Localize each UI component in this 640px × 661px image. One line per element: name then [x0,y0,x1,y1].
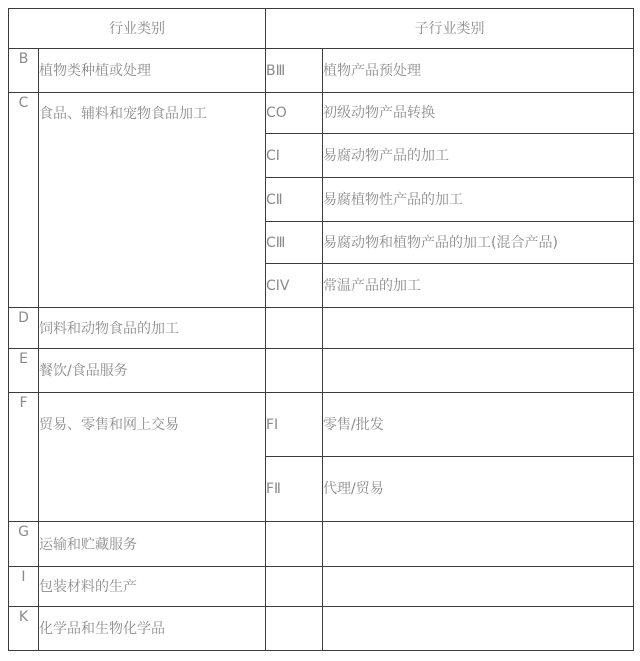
sub-code-cell [266,607,323,651]
sub-name-cell: 易腐动物产品的加工 [323,134,634,178]
page: 行业类别 子行业类别 B植物类种植或处理BⅢ植物产品预处理C食品、辅料和宠物食品… [0,0,640,661]
sub-name-cell: 易腐动物和植物产品的加工(混合产品) [323,222,634,264]
table-row: C食品、辅料和宠物食品加工CO初级动物产品转换 [9,93,634,134]
sub-name-cell [323,567,634,607]
header-industry-category: 行业类别 [9,9,266,49]
table-body: B植物类种植或处理BⅢ植物产品预处理C食品、辅料和宠物食品加工CO初级动物产品转… [9,49,634,651]
sub-code-cell: CO [266,93,323,134]
sub-name-cell: 植物产品预处理 [323,49,634,93]
header-row: 行业类别 子行业类别 [9,9,634,49]
sub-code-cell: FⅡ [266,457,323,522]
sub-code-cell: CI [266,134,323,178]
industry-name-cell: 运输和贮藏服务 [39,522,266,567]
industry-code-cell: I [9,567,39,607]
sub-code-cell [266,567,323,607]
sub-name-cell: 零售/批发 [323,393,634,457]
industry-code-cell: D [9,308,39,349]
industry-name-cell: 包装材料的生产 [39,567,266,607]
sub-code-cell [266,349,323,393]
sub-code-cell: CⅡ [266,178,323,222]
industry-code-cell: E [9,349,39,393]
sub-name-cell [323,349,634,393]
table-row: I包装材料的生产 [9,567,634,607]
sub-name-cell: 初级动物产品转换 [323,93,634,134]
table-row: K化学品和生物化学品 [9,607,634,651]
industry-code-cell: C [9,93,39,308]
table-row: F贸易、零售和网上交易FI零售/批发 [9,393,634,457]
industry-name-cell: 植物类种植或处理 [39,49,266,93]
sub-name-cell: 代理/贸易 [323,457,634,522]
industry-name-cell: 化学品和生物化学品 [39,607,266,651]
table-row: E餐饮/食品服务 [9,349,634,393]
header-sub-industry-category: 子行业类别 [266,9,634,49]
industry-code-cell: B [9,49,39,93]
table-row: B植物类种植或处理BⅢ植物产品预处理 [9,49,634,93]
sub-name-cell [323,607,634,651]
industry-name-cell: 贸易、零售和网上交易 [39,393,266,522]
industry-name-cell: 餐饮/食品服务 [39,349,266,393]
sub-name-cell [323,522,634,567]
industry-code-cell: F [9,393,39,522]
table-row: D饲料和动物食品的加工 [9,308,634,349]
industry-category-table: 行业类别 子行业类别 B植物类种植或处理BⅢ植物产品预处理C食品、辅料和宠物食品… [8,8,634,651]
sub-code-cell: CⅢ [266,222,323,264]
sub-name-cell: 常温产品的加工 [323,264,634,308]
table-row: G运输和贮藏服务 [9,522,634,567]
sub-code-cell [266,522,323,567]
sub-code-cell: FI [266,393,323,457]
sub-code-cell: BⅢ [266,49,323,93]
sub-name-cell [323,308,634,349]
sub-name-cell: 易腐植物性产品的加工 [323,178,634,222]
industry-name-cell: 饲料和动物食品的加工 [39,308,266,349]
sub-code-cell [266,308,323,349]
industry-name-cell: 食品、辅料和宠物食品加工 [39,93,266,308]
industry-code-cell: G [9,522,39,567]
sub-code-cell: CIV [266,264,323,308]
industry-code-cell: K [9,607,39,651]
